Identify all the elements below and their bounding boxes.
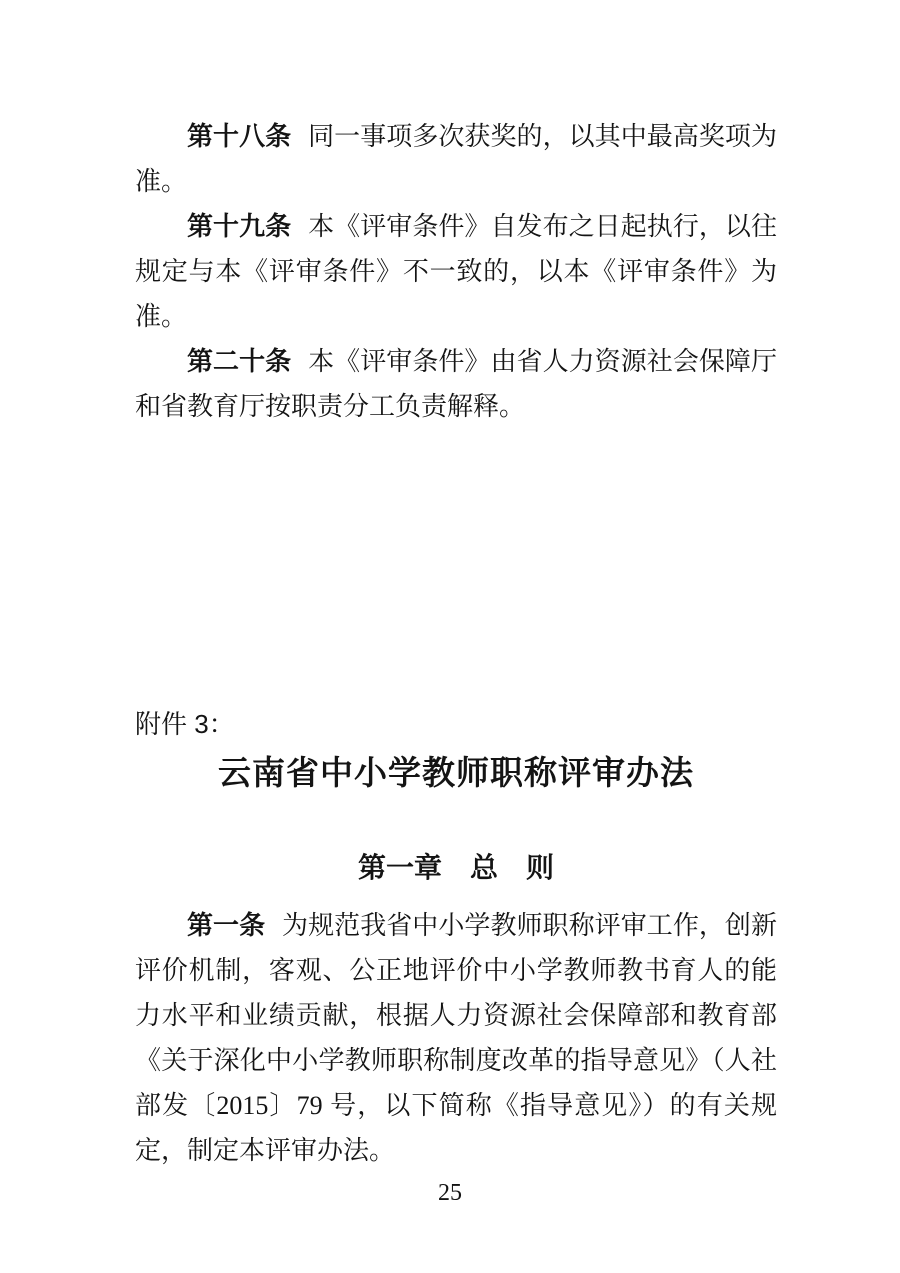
article-paragraph: 第一条为规范我省中小学教师职称评审工作，创新评价机制，客观、公正地评价中小学教师… — [135, 903, 777, 1173]
article-number: 第十九条 — [187, 211, 291, 241]
page-number: 25 — [0, 1178, 900, 1208]
chapter-body: 第一条为规范我省中小学教师职称评审工作，创新评价机制，客观、公正地评价中小学教师… — [135, 903, 777, 1173]
chapter-heading: 第一章 总 则 — [135, 845, 777, 890]
article-paragraph: 第十九条本《评审条件》自发布之日起执行，以往规定与本《评审条件》不一致的，以本《… — [135, 204, 777, 339]
attachment-label: 附件 3： — [135, 702, 777, 747]
article-number: 第一条 — [187, 910, 265, 940]
article-number: 第十八条 — [187, 121, 291, 151]
article-text: 为规范我省中小学教师职称评审工作，创新评价机制，客观、公正地评价中小学教师教书育… — [135, 911, 777, 1165]
document-title: 云南省中小学教师职称评审办法 — [135, 749, 777, 799]
document-page: 第十八条同一事项多次获奖的，以其中最高奖项为准。 第十九条本《评审条件》自发布之… — [0, 0, 900, 1273]
article-paragraph: 第二十条本《评审条件》由省人力资源社会保障厅和省教育厅按职责分工负责解释。 — [135, 339, 777, 429]
article-paragraph: 第十八条同一事项多次获奖的，以其中最高奖项为准。 — [135, 114, 777, 204]
page-content: 第十八条同一事项多次获奖的，以其中最高奖项为准。 第十九条本《评审条件》自发布之… — [0, 0, 900, 1173]
article-number: 第二十条 — [187, 346, 291, 376]
